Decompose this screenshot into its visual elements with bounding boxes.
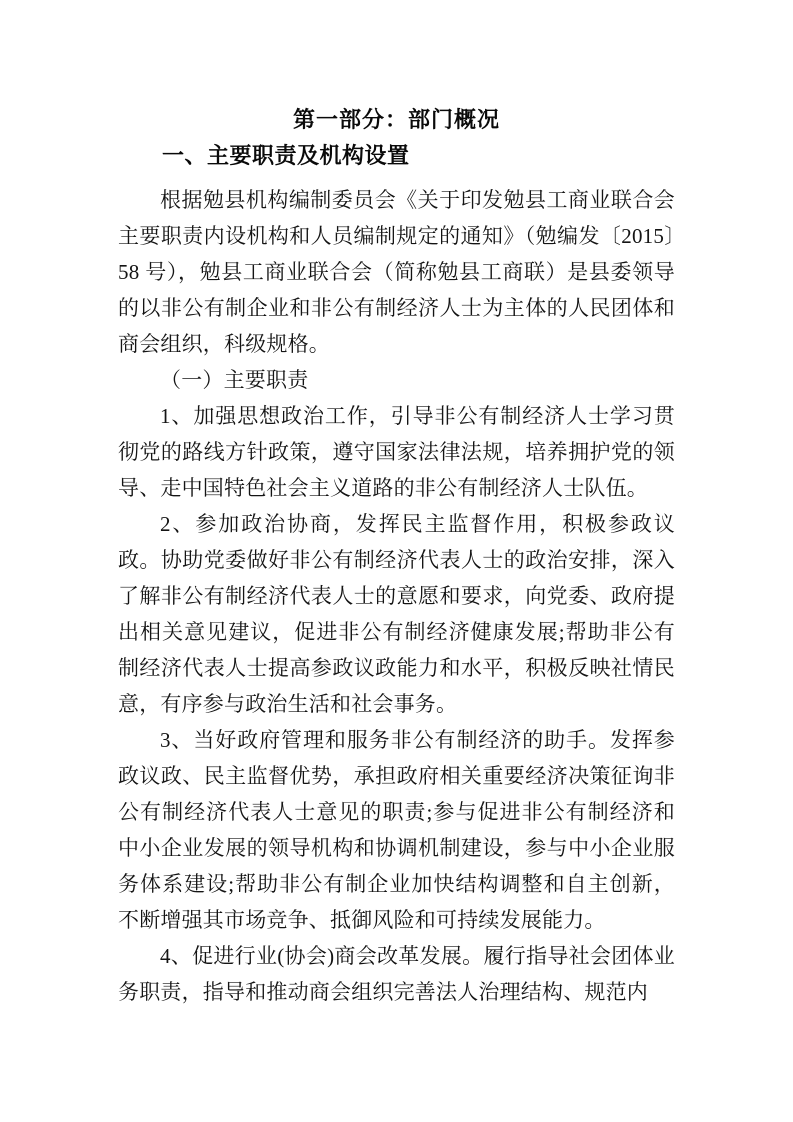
document-title: 第一部分：部门概况: [118, 102, 675, 138]
document-page: 第一部分：部门概况 一、主要职责及机构设置 根据勉县机构编制委员会《关于印发勉县…: [0, 0, 793, 1122]
paragraph-duty-2: 2、参加政治协商，发挥民主监督作用，积极参政议政。协助党委做好非公有制经济代表人…: [118, 506, 675, 722]
section-heading: 一、主要职责及机构设置: [118, 138, 675, 174]
paragraph-duty-4: 4、促进行业(协会)商会改革发展。履行指导社会团体业务职责，指导和推动商会组织完…: [118, 938, 675, 1010]
document-content: 第一部分：部门概况 一、主要职责及机构设置 根据勉县机构编制委员会《关于印发勉县…: [0, 0, 793, 1010]
paragraph-duty-3: 3、当好政府管理和服务非公有制经济的助手。发挥参政议政、民主监督优势，承担政府相…: [118, 722, 675, 938]
paragraph-intro: 根据勉县机构编制委员会《关于印发勉县工商业联合会主要职责内设机构和人员编制规定的…: [118, 182, 675, 362]
subsection-heading-main-duties: （一）主要职责: [118, 362, 675, 398]
paragraph-duty-1: 1、加强思想政治工作，引导非公有制经济人士学习贯彻党的路线方针政策，遵守国家法律…: [118, 398, 675, 506]
